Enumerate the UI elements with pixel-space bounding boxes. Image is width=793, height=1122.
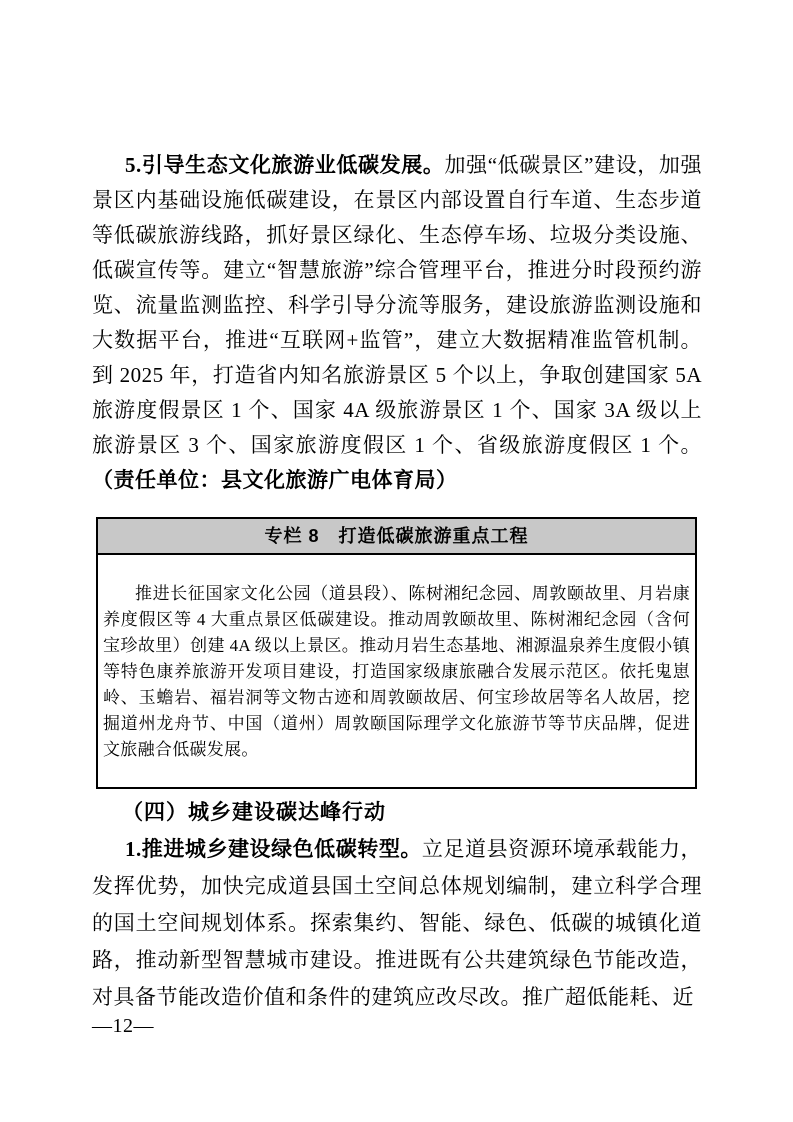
paragraph-tourism-body-text: 加强“低碳景区”建设，加强景区内基础设施低碳建设，在景区内部设置自行车道、生态步… (92, 153, 702, 457)
page-number: —12— (92, 1014, 154, 1038)
special-column-box: 专栏 8 打造低碳旅游重点工程 推进长征国家文化公园（道县段）、陈树湘纪念园、周… (96, 517, 697, 789)
section-heading-urban-rural-carbon-peak: （四）城乡建设碳达峰行动 (92, 794, 702, 831)
document-content: 5.引导生态文化旅游业低碳发展。加强“低碳景区”建设，加强景区内基础设施低碳建设… (92, 0, 702, 1016)
special-column-body: 推进长征国家文化公园（道县段）、陈树湘纪念园、周敦颐故里、月岩康养度假区等 4 … (98, 555, 695, 787)
responsibility-unit-bold: （责任单位：县文化旅游广电体育局） (92, 468, 458, 492)
paragraph-urban-rural-transition: 1.推进城乡建设绿色低碳转型。立足道县资源环境承载能力，发挥优势，加快完成道县国… (92, 831, 702, 1016)
paragraph-urban-rural-lead-bold: 1.推进城乡建设绿色低碳转型。 (125, 837, 422, 861)
paragraph-urban-rural-body-text: 立足道县资源环境承载能力，发挥优势，加快完成道县国土空间总体规划编制，建立科学合… (92, 837, 702, 1009)
paragraph-tourism-low-carbon: 5.引导生态文化旅游业低碳发展。加强“低碳景区”建设，加强景区内基础设施低碳建设… (92, 148, 702, 498)
special-column-header: 专栏 8 打造低碳旅游重点工程 (98, 519, 695, 555)
paragraph-tourism-lead-bold: 5.引导生态文化旅游业低碳发展。 (125, 153, 444, 177)
document-page: 5.引导生态文化旅游业低碳发展。加强“低碳景区”建设，加强景区内基础设施低碳建设… (0, 0, 793, 1122)
special-column-title: 专栏 8 打造低碳旅游重点工程 (264, 526, 528, 546)
